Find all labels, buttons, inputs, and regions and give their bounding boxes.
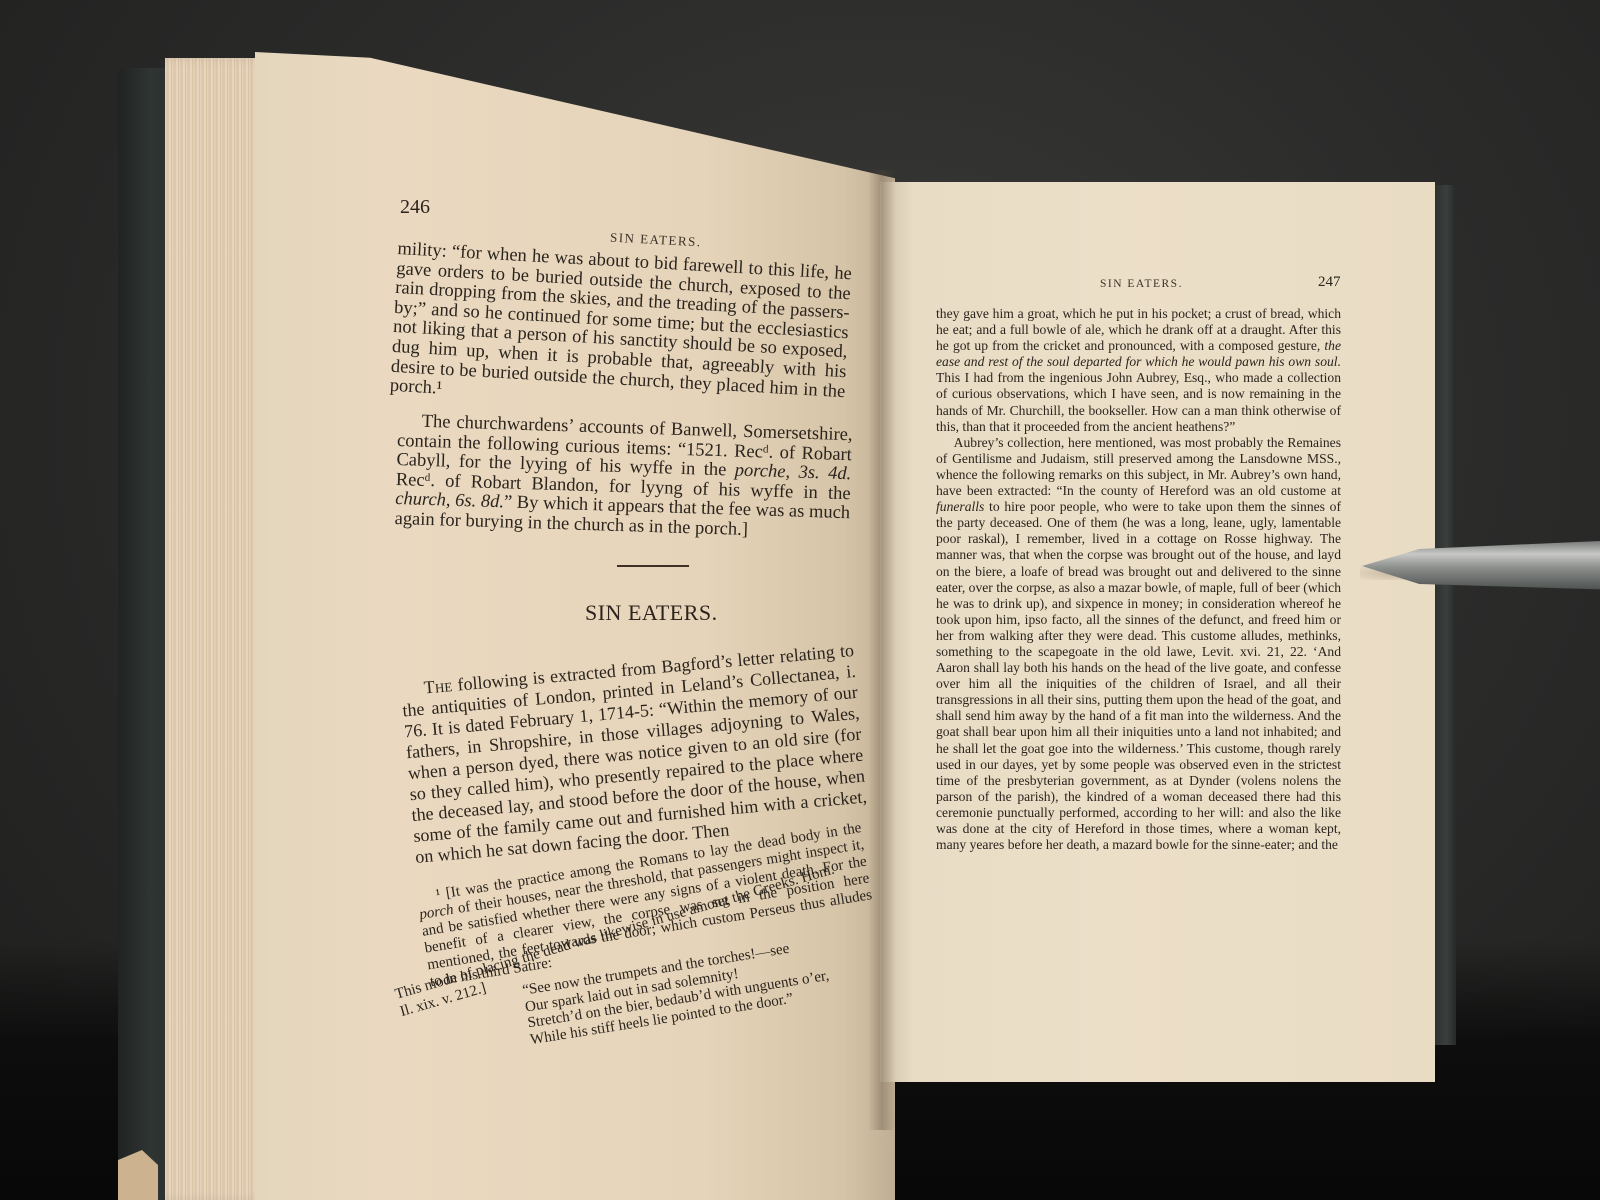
page-number-right: 247 <box>1318 274 1341 291</box>
left-paragraph-2: The churchwardens’ accounts of Banwell, … <box>394 412 852 544</box>
section-divider-rule <box>617 565 689 567</box>
drop-word: The <box>423 675 453 697</box>
left-paragraph-1-text: mility: “for when he was about to bid fa… <box>389 240 852 422</box>
page-block-edges <box>165 58 265 1200</box>
italic-span: funeralls <box>936 499 984 514</box>
running-head-right: SIN EATERS. <box>1100 278 1183 290</box>
text-span: to hire poor people, who were to take up… <box>936 499 1341 852</box>
text-span: they gave him a groat, which he put in h… <box>936 306 1341 353</box>
right-paragraph-2: Aubrey’s collection, here mentioned, was… <box>936 435 1341 853</box>
right-page-body: they gave him a groat, which he put in h… <box>936 306 1341 853</box>
right-paragraph-1: they gave him a groat, which he put in h… <box>936 306 1341 435</box>
section-title: SIN EATERS. <box>585 600 718 626</box>
left-paragraph-1: mility: “for when he was about to bid fa… <box>389 240 852 422</box>
book-cover-right <box>1432 185 1456 1045</box>
page-number-left: 246 <box>400 196 430 219</box>
text-span: Aubrey’s collection, here mentioned, was… <box>936 435 1341 498</box>
text-span: This I had from the ingenious John Aubre… <box>936 370 1341 433</box>
